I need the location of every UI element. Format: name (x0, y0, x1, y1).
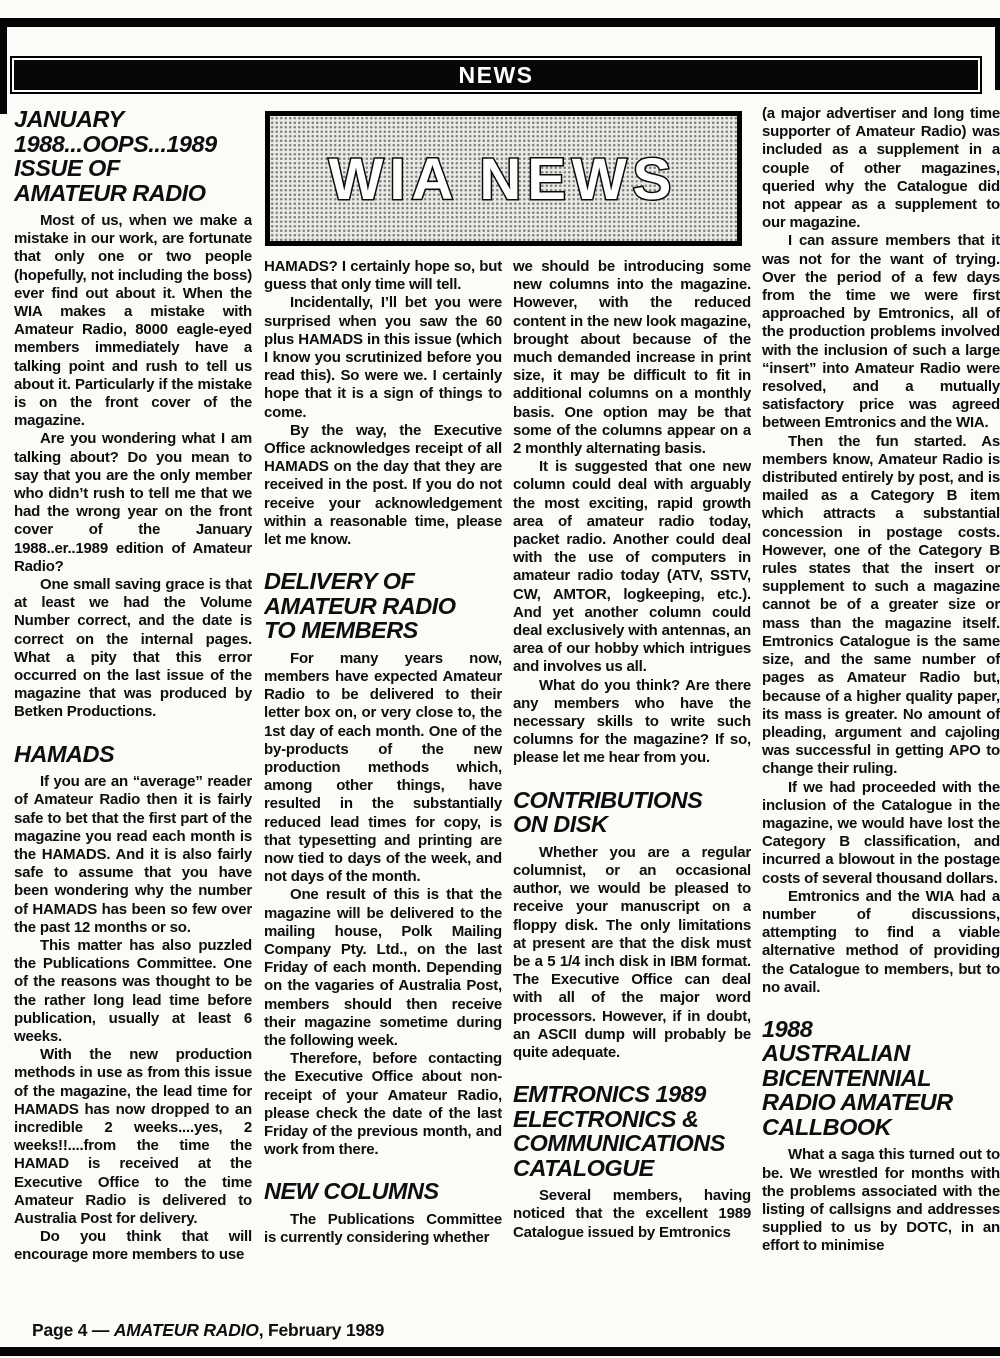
article-paragraph: With the new production methods in use a… (14, 1046, 252, 1228)
article-paragraph: One result of this is that the magazine … (264, 886, 502, 1050)
footer-page-number: Page 4 — (32, 1320, 114, 1340)
news-section-header-label: NEWS (14, 60, 978, 90)
article-paragraph: The Publications Committee is currently … (264, 1211, 502, 1247)
article-heading: DELIVERY OF AMATEUR RADIO TO MEMBERS (264, 569, 502, 643)
news-section-header: NEWS (10, 56, 982, 94)
article-paragraph: If we had proceeded with the inclusion o… (762, 779, 1000, 888)
article-paragraph: we should be introducing some new column… (513, 258, 751, 458)
article-paragraph: What a saga this turned out to be. We wr… (762, 1146, 1000, 1255)
article-paragraph: HAMADS? I certainly hope so, but guess t… (264, 258, 502, 294)
page-footer: Page 4 — AMATEUR RADIO, February 1989 (32, 1320, 384, 1341)
column-4: (a major advertiser and long time suppor… (762, 105, 1000, 1340)
article-heading: JANUARY 1988...OOPS...1989 ISSUE OF AMAT… (14, 107, 252, 205)
article-paragraph: Therefore, before contacting the Executi… (264, 1050, 502, 1159)
footer-issue-date: , February 1989 (259, 1320, 384, 1340)
article-heading: 1988 AUSTRALIAN BICENTENNIAL RADIO AMATE… (762, 1017, 1000, 1140)
article-paragraph: For many years now, members have expecte… (264, 650, 502, 887)
column-2: HAMADS? I certainly hope so, but guess t… (264, 258, 502, 1333)
article-paragraph: I can assure members that it was not for… (762, 232, 1000, 432)
wia-news-banner-art: WIA NEWS (270, 116, 737, 241)
scan-edge-artifact-right (995, 18, 1000, 90)
footer-magazine-title: AMATEUR RADIO (114, 1320, 259, 1340)
magazine-page: { "page": { "header": "NEWS", "banner": … (0, 0, 1000, 1358)
article-paragraph: This matter has also puzzled the Publica… (14, 937, 252, 1046)
article-heading: EMTRONICS 1989 ELECTRONICS & COMMUNICATI… (513, 1082, 751, 1180)
article-paragraph: If you are an “average” reader of Amateu… (14, 773, 252, 937)
scan-edge-artifact-left (0, 18, 7, 114)
article-paragraph: By the way, the Executive Office acknowl… (264, 422, 502, 549)
article-heading: NEW COLUMNS (264, 1179, 502, 1204)
article-paragraph: Are you wondering what I am talking abou… (14, 430, 252, 576)
article-paragraph: One small saving grace is that at least … (14, 576, 252, 722)
top-rule (0, 18, 1000, 27)
bottom-rule (0, 1347, 1000, 1356)
wia-news-banner: WIA NEWS (265, 111, 742, 246)
column-3: we should be introducing some new column… (513, 258, 751, 1333)
column-1: JANUARY 1988...OOPS...1989 ISSUE OF AMAT… (14, 107, 252, 1342)
article-paragraph: Then the fun started. As members know, A… (762, 433, 1000, 779)
article-heading: CONTRIBUTIONS ON DISK (513, 788, 751, 837)
article-paragraph: Several members, having noticed that the… (513, 1187, 751, 1242)
article-paragraph: Do you think that will encourage more me… (14, 1228, 252, 1264)
article-paragraph: Incidentally, I’ll bet you were surprise… (264, 294, 502, 421)
article-paragraph: (a major advertiser and long time suppor… (762, 105, 1000, 232)
article-paragraph: It is suggested that one new column coul… (513, 458, 751, 676)
article-paragraph: Emtronics and the WIA had a number of di… (762, 888, 1000, 997)
article-paragraph: Most of us, when we make a mistake in ou… (14, 212, 252, 430)
article-heading: HAMADS (14, 742, 252, 767)
article-paragraph: What do you think? Are there any members… (513, 677, 751, 768)
wia-news-banner-text: WIA NEWS (329, 147, 678, 212)
article-paragraph: Whether you are a regular columnist, or … (513, 844, 751, 1062)
